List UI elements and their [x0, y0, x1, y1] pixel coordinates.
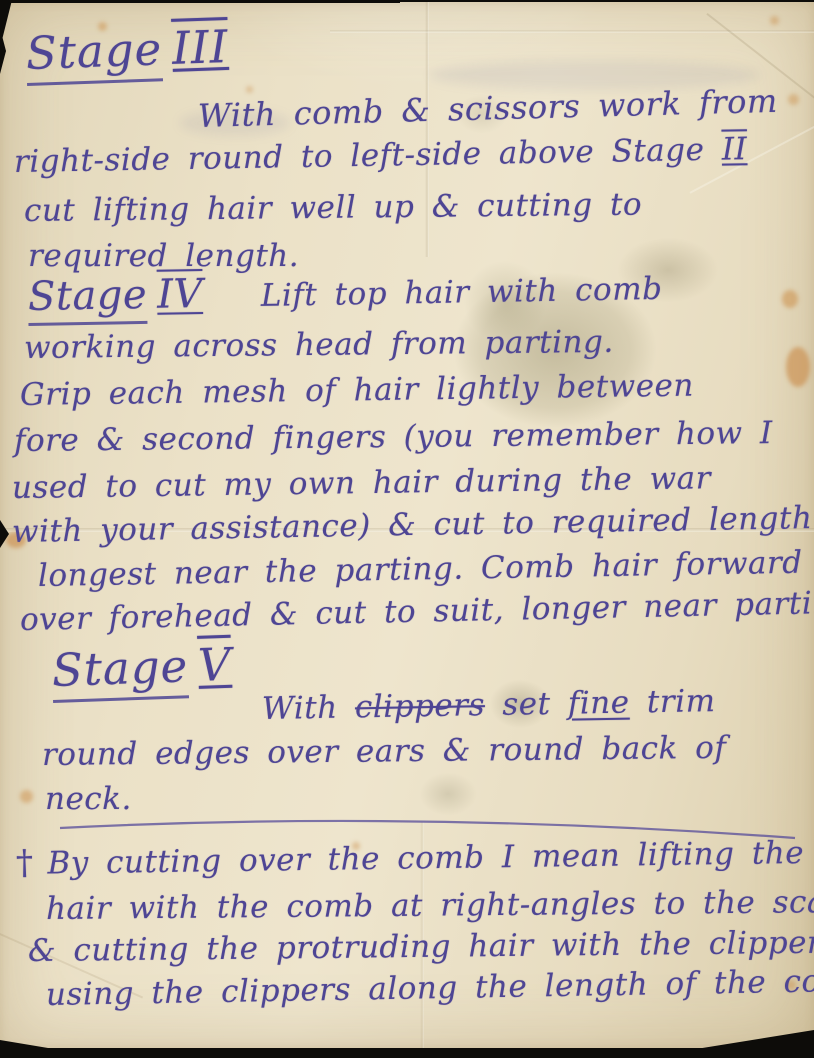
- dagger-icon: †: [16, 843, 34, 883]
- stage4-heading: StageIV: [28, 271, 204, 320]
- stage5-heading-numeral: V: [197, 638, 232, 692]
- stage5-line-1-mid: set: [485, 686, 569, 723]
- stage2-reference-numeral: II: [721, 131, 747, 167]
- stage4-heading-word: Stage: [28, 272, 148, 326]
- stage4-line-3: Grip each mesh of hair lightly between: [20, 369, 694, 414]
- stage5-struck-word: clippers: [355, 687, 486, 725]
- photo-background: StageIII With comb & scissors work from …: [0, 0, 814, 1058]
- paper-sheet: StageIII With comb & scissors work from …: [0, 2, 814, 1048]
- stage3-line-2-text: right-side round to left-side above Stag…: [14, 132, 722, 180]
- stage4-line-4: fore & second fingers (you remember how …: [14, 416, 773, 460]
- footnote-line-3: & cutting the protruding hair with the c…: [28, 926, 814, 970]
- stage5-heading: StageV: [51, 639, 232, 697]
- stage5-line-1-post: trim: [629, 683, 716, 720]
- footnote-line-2: hair with the comb at right-angles to th…: [46, 885, 814, 928]
- stage3-heading-numeral: III: [171, 20, 229, 75]
- stage4-line-1: Lift top hair with comb: [260, 271, 662, 314]
- horizontal-crease-top: [330, 30, 814, 33]
- footnote-line-1-text: By cutting over the comb I mean lifting …: [47, 835, 804, 882]
- stage5-heading-word: Stage: [51, 639, 189, 703]
- stage4-heading-numeral: IV: [157, 271, 203, 318]
- stage4-line-5: used to cut my own hair during the war: [12, 461, 711, 506]
- photo-edge-sliver-top: [0, 0, 400, 3]
- stage5-line-1: With clippers set fine trim: [262, 684, 716, 728]
- rust-spot: [786, 347, 810, 387]
- rust-spot: [20, 790, 33, 803]
- rust-spot: [246, 86, 253, 93]
- stage4-line-6: with your assistance) & cut to required …: [12, 501, 813, 551]
- stage5-line-2: round edges over ears & round back of: [42, 731, 727, 774]
- rust-spot: [782, 290, 798, 308]
- stage3-heading: StageIII: [25, 21, 229, 80]
- stage3-line-1: With comb & scissors work from: [198, 83, 779, 135]
- stage4-line-2: working across head from parting.: [24, 325, 614, 367]
- stage5-underlined-word: fine: [568, 685, 630, 722]
- stage5-line-1-pre: With: [262, 689, 356, 727]
- rust-spot: [770, 16, 779, 25]
- stage4-heading-line: StageIVLift top hair with comb: [28, 263, 663, 320]
- stage4-line-8: over forehead & cut to suit, longer near…: [20, 585, 814, 638]
- rust-spot: [788, 94, 799, 105]
- footnote-line-4: using the clippers along the length of t…: [46, 963, 814, 1013]
- stage3-line-2: right-side round to left-side above Stag…: [14, 132, 748, 180]
- stage3-heading-word: Stage: [25, 22, 163, 86]
- stage3-line-3: cut lifting hair well up & cutting to: [24, 188, 642, 230]
